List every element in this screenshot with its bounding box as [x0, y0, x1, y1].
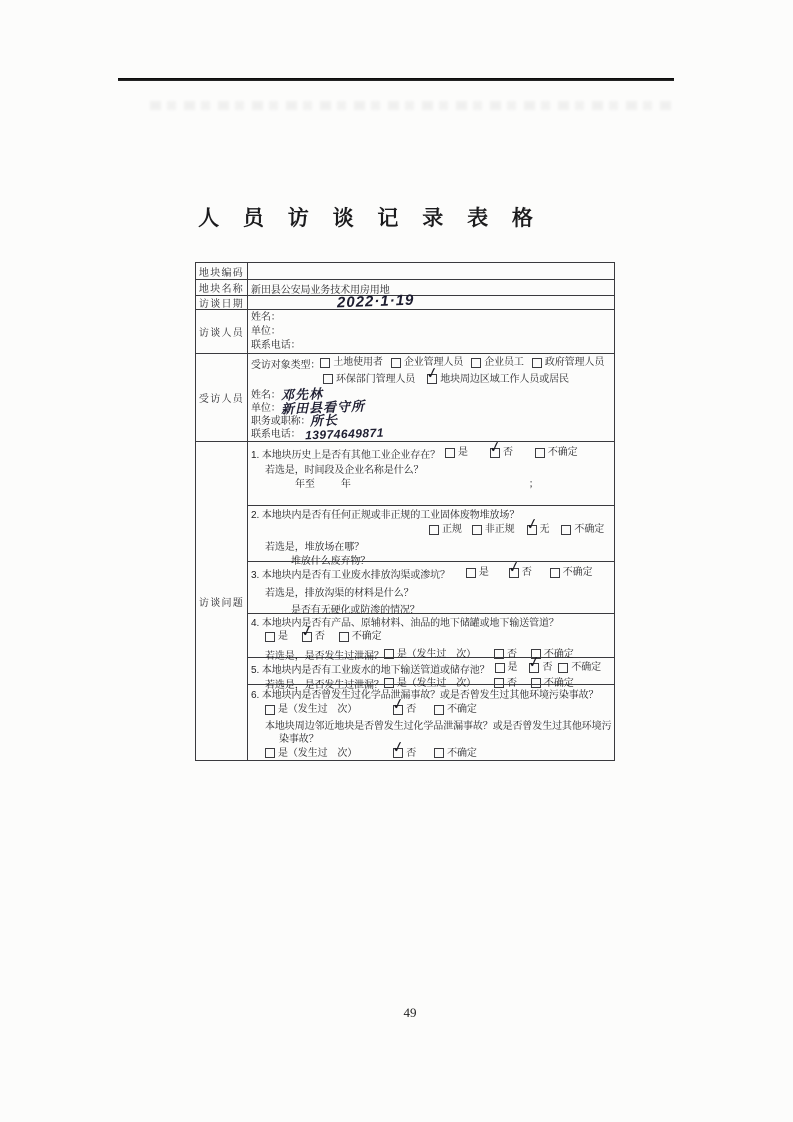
checkbox-icon	[384, 678, 394, 688]
static-text: 4. 本地块内是否有产品、原辅材料、油品的地下储罐或地下输送管道？	[251, 617, 559, 630]
checkbox-label: 否	[315, 630, 325, 643]
checkbox-icon	[391, 358, 401, 368]
checkbox-label: 是	[458, 446, 468, 459]
static-text: 联系电话：	[251, 428, 301, 441]
form-line: 若选是，堆放场在哪？	[251, 541, 612, 554]
checkbox-label: 否	[406, 747, 416, 760]
gap	[416, 714, 434, 715]
form-line: 染事故？	[251, 733, 612, 746]
question-5: 5. 本地块内是否有工业废水的地下输送管道或储存池？是否不确定若选是，是否发生过…	[248, 658, 615, 685]
row-label-interview-date: 访谈日期	[196, 296, 248, 309]
gap	[517, 672, 529, 673]
checkbox-label: 否	[522, 566, 532, 579]
checkbox-icon	[384, 649, 394, 659]
checkbox-是（发生过 次）: 是（发生过 次）	[265, 747, 357, 760]
gap	[301, 436, 305, 437]
cell-interviewer: 姓名：单位：联系电话：	[248, 310, 614, 353]
form-row-interviewee: 受访人员受访对象类型：土地使用者企业管理人员企业员工政府管理人员环保部门管理人员…	[196, 354, 614, 442]
form-line: 年至年；	[251, 478, 612, 491]
checkbox-icon	[320, 358, 330, 368]
form-line: 联系电话：13974649871	[251, 428, 611, 441]
gap	[532, 577, 550, 578]
checkbox-label: 否	[542, 661, 552, 674]
static-text: 年至	[295, 478, 315, 491]
checkbox-icon	[495, 663, 505, 673]
gap	[325, 641, 339, 642]
checkbox-checked-icon	[490, 448, 500, 458]
checkbox-环保部门管理人员: 环保部门管理人员	[323, 373, 415, 386]
checkbox-icon	[550, 568, 560, 578]
checkbox-checked-icon	[427, 374, 437, 384]
gap	[357, 714, 393, 715]
static-text: 1. 本地块历史上是否有其他工业企业存在？	[251, 449, 440, 462]
form-row-interview-date: 访谈日期2022·1·19	[196, 296, 614, 310]
checkbox-checked-icon	[302, 632, 312, 642]
interviewee-handwritten-value: 13974649871	[304, 428, 383, 441]
checkbox-不确定: 不确定	[535, 446, 578, 459]
checkbox-label: 正规	[442, 523, 462, 536]
checkbox-无: 无	[527, 523, 550, 536]
checkbox-icon	[265, 705, 275, 715]
form-line: 6. 本地块内是否曾发生过化学品泄漏事故？或是否曾发生过其他环境污染事故？	[251, 689, 612, 702]
static-text: 年	[341, 478, 351, 491]
row-label-interviewer: 访谈人员	[196, 310, 248, 353]
bleed-through-text	[150, 101, 672, 110]
checkbox-是: 是	[466, 566, 489, 579]
static-text: 本地块周边邻近地块是否曾发生过化学品泄漏事故？或是否曾发生过其他环境污	[265, 720, 612, 733]
cell-plot-code	[248, 263, 614, 279]
gap	[383, 367, 391, 368]
checkbox-土地使用者: 土地使用者	[320, 356, 383, 369]
form-line: 是（发生过 次）否不确定	[251, 703, 612, 719]
gap	[315, 486, 341, 487]
cell-interviewee: 受访对象类型：土地使用者企业管理人员企业员工政府管理人员环保部门管理人员地块周边…	[248, 354, 614, 441]
checkbox-label: 不确定	[352, 630, 382, 643]
checkbox-label: 不确定	[447, 747, 477, 760]
field-line: 姓名：	[251, 311, 611, 325]
checkbox-icon	[339, 632, 349, 642]
checkbox-label: 地块周边区域工作人员或居民	[440, 373, 569, 386]
checkbox-否: 否	[393, 747, 416, 760]
checkbox-是: 是	[495, 661, 518, 674]
static-text: 若选是，堆放场在哪？	[265, 541, 364, 554]
cell-plot-name: 新田县公安局业务技术用房用地	[248, 280, 614, 295]
checkbox-label: 否	[503, 446, 513, 459]
form-line: 是（发生过 次）否不确定	[251, 747, 612, 763]
question-1: 1. 本地块历史上是否有其他工业企业存在？是否不确定若选是，时间段及企业名称是什…	[248, 442, 615, 506]
checkbox-label: 是（发生过 次）	[278, 703, 357, 716]
questions-area: 1. 本地块历史上是否有其他工业企业存在？是否不确定若选是，时间段及企业名称是什…	[248, 442, 615, 760]
field-label: 姓名：	[251, 311, 281, 325]
checkbox-是: 是	[265, 630, 288, 643]
checkbox-不确定: 不确定	[558, 661, 601, 674]
form-row-questions: 访谈问题1. 本地块历史上是否有其他工业企业存在？是否不确定若选是，时间段及企业…	[196, 442, 614, 760]
row-label-plot-name: 地块名称	[196, 280, 248, 295]
form-line: 若选是，排放沟渠的材料是什么？	[251, 587, 612, 600]
checkbox-checked-icon	[393, 748, 403, 758]
checkbox-icon	[265, 632, 275, 642]
checkbox-不确定: 不确定	[434, 703, 477, 716]
form-line: 本地块周边邻近地块是否曾发生过化学品泄漏事故？或是否曾发生过其他环境污	[251, 720, 612, 733]
row-label-questions: 访谈问题	[196, 442, 248, 760]
gap	[450, 577, 466, 578]
static-text: 染事故？	[279, 733, 319, 746]
checkbox-icon	[434, 705, 444, 715]
cell-interview-date: 2022·1·19	[248, 296, 614, 309]
form-line: 3. 本地块内是否有工业废水排放沟渠或渗坑？是否不确定	[251, 566, 612, 582]
static-text: 3. 本地块内是否有工业废水排放沟渠或渗坑？	[251, 569, 450, 582]
field-label: 单位：	[251, 325, 281, 339]
checkbox-否: 否	[529, 661, 552, 674]
static-text: 若选是，时间段及企业名称是什么？	[265, 464, 423, 477]
checkbox-label: 否	[406, 703, 416, 716]
form-line: 2. 本地块内是否有任何正规或非正规的工业固体废物堆放场？	[251, 509, 612, 522]
checkbox-label: 政府管理人员	[545, 356, 604, 369]
interviewee-handwritten-value: 所长	[310, 416, 338, 427]
interviewee-handwritten-value: 邓先林	[281, 389, 323, 400]
question-4: 4. 本地块内是否有产品、原辅材料、油品的地下储罐或地下输送管道？是否不确定若选…	[248, 614, 615, 658]
checkbox-label: 不确定	[571, 661, 601, 674]
checkbox-icon	[265, 748, 275, 758]
gap	[513, 457, 535, 458]
checkbox-icon	[494, 649, 504, 659]
static-text: 姓名：	[251, 389, 281, 402]
gap	[468, 457, 490, 458]
checkbox-icon	[535, 448, 545, 458]
form-line: 是否不确定	[251, 630, 612, 646]
gap	[415, 383, 427, 384]
form-line: 环保部门管理人员地块周边区域工作人员或居民	[251, 373, 611, 389]
form-line: 单位：新田县看守所	[251, 402, 611, 415]
row-label-interviewee: 受访人员	[196, 354, 248, 441]
checkbox-icon	[323, 374, 333, 384]
checkbox-否: 否	[509, 566, 532, 579]
checkbox-label: 土地使用者	[333, 356, 383, 369]
gap	[416, 757, 434, 758]
checkbox-不确定: 不确定	[339, 630, 382, 643]
static-text: 若选是，排放沟渠的材料是什么？	[265, 587, 414, 600]
header-rule	[118, 78, 674, 81]
checkbox-icon	[531, 678, 541, 688]
checkbox-label: 不确定	[548, 446, 578, 459]
checkbox-icon	[466, 568, 476, 578]
question-6: 6. 本地块内是否曾发生过化学品泄漏事故？或是否曾发生过其他环境污染事故？是（发…	[248, 685, 615, 755]
checkbox-label: 环保部门管理人员	[336, 373, 415, 386]
checkbox-label: 不确定	[574, 523, 604, 536]
question-3: 3. 本地块内是否有工业废水排放沟渠或渗坑？是否不确定若选是，排放沟渠的材料是什…	[248, 562, 615, 614]
static-text: ；	[529, 478, 539, 491]
checkbox-label: 是	[278, 630, 288, 643]
form-line: 若选是，时间段及企业名称是什么？	[251, 464, 612, 477]
checkbox-label: 不确定	[563, 566, 593, 579]
checkbox-label: 不确定	[447, 703, 477, 716]
form-row-interviewer: 访谈人员姓名：单位：联系电话：	[196, 310, 614, 354]
checkbox-正规: 正规	[429, 523, 462, 536]
interview-form-table: 地块编码地块名称新田县公安局业务技术用房用地访谈日期2022·1·19访谈人员姓…	[195, 262, 615, 761]
gap	[351, 486, 529, 487]
form-line: 1. 本地块历史上是否有其他工业企业存在？是否不确定	[251, 446, 612, 462]
checkbox-icon	[532, 358, 542, 368]
static-text: 受访对象类型：	[251, 359, 320, 372]
checkbox-icon	[434, 748, 444, 758]
checkbox-地块周边区域工作人员或居民: 地块周边区域工作人员或居民	[427, 373, 569, 386]
checkbox-否: 否	[302, 630, 325, 643]
static-text: 职务或职称：	[251, 415, 310, 428]
gap	[524, 367, 532, 368]
scanned-page: { "title": "人 员 访 谈 记 录 表 格", "page_numb…	[0, 0, 793, 1122]
form-line: 正规非正规无不确定	[251, 523, 612, 539]
gap	[515, 534, 527, 535]
checkbox-不确定: 不确定	[434, 747, 477, 760]
interview-date-handwritten-value: 2022·1·19	[337, 296, 415, 309]
row-label-plot-code: 地块编码	[196, 263, 248, 279]
gap	[549, 534, 561, 535]
checkbox-是: 是	[445, 446, 468, 459]
static-text: 2. 本地块内是否有任何正规或非正规的工业固体废物堆放场？	[251, 509, 519, 522]
checkbox-icon	[494, 678, 504, 688]
checkbox-checked-icon	[527, 525, 537, 535]
checkbox-是（发生过 次）: 是（发生过 次）	[265, 703, 357, 716]
checkbox-label: 企业员工	[484, 356, 524, 369]
checkbox-企业员工: 企业员工	[471, 356, 524, 369]
question-2: 2. 本地块内是否有任何正规或非正规的工业固体废物堆放场？正规非正规无不确定若选…	[248, 506, 615, 562]
page-number: 49	[0, 1005, 793, 1021]
checkbox-否: 否	[393, 703, 416, 716]
checkbox-label: 非正规	[485, 523, 515, 536]
checkbox-icon	[445, 448, 455, 458]
static-text: 6. 本地块内是否曾发生过化学品泄漏事故？或是否曾发生过其他环境污染事故？	[251, 689, 598, 702]
checkbox-icon	[472, 525, 482, 535]
form-line: 职务或职称：所长	[251, 415, 611, 428]
field-label: 联系电话：	[251, 339, 301, 353]
checkbox-icon	[429, 525, 439, 535]
checkbox-不确定: 不确定	[561, 523, 604, 536]
checkbox-label: 是	[508, 661, 518, 674]
checkbox-不确定: 不确定	[550, 566, 593, 579]
gap	[462, 534, 472, 535]
checkbox-icon	[561, 525, 571, 535]
static-text: 5. 本地块内是否有工业废水的地下输送管道或储存池？	[251, 664, 490, 677]
checkbox-icon	[558, 663, 568, 673]
checkbox-icon	[471, 358, 481, 368]
checkbox-非正规: 非正规	[472, 523, 515, 536]
gap	[463, 367, 471, 368]
checkbox-checked-icon	[529, 663, 539, 673]
checkbox-checked-icon	[509, 568, 519, 578]
checkbox-政府管理人员: 政府管理人员	[532, 356, 604, 369]
checkbox-否: 否	[490, 446, 513, 459]
gap	[288, 641, 302, 642]
field-line: 单位：	[251, 325, 611, 339]
field-line: 联系电话：	[251, 339, 611, 353]
checkbox-label: 无	[540, 523, 550, 536]
page-title: 人 员 访 谈 记 录 表 格	[110, 202, 630, 232]
checkbox-label: 是（发生过 次）	[278, 747, 357, 760]
checkbox-checked-icon	[393, 705, 403, 715]
gap	[357, 757, 393, 758]
form-line: 5. 本地块内是否有工业废水的地下输送管道或储存池？是否不确定	[251, 661, 612, 677]
checkbox-label: 是	[479, 566, 489, 579]
static-text: 单位：	[251, 402, 281, 415]
gap	[489, 577, 509, 578]
form-row-plot-code: 地块编码	[196, 263, 614, 280]
